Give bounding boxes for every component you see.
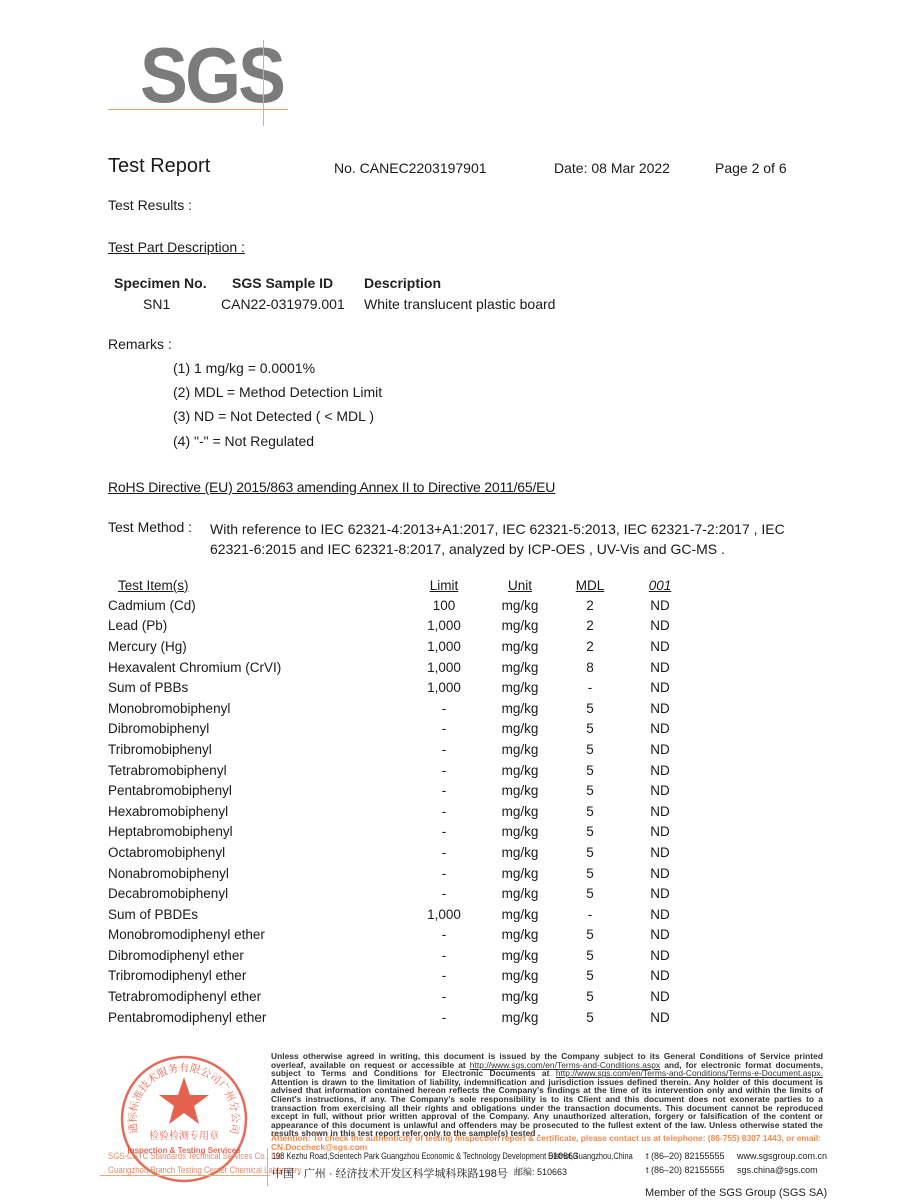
cell-limit: - <box>408 739 480 760</box>
cell-mdl: 5 <box>560 925 620 946</box>
table-row: Sum of PBBs1,000mg/kg-ND <box>108 677 700 698</box>
cell-unit: mg/kg <box>480 966 560 987</box>
cell-mdl: 5 <box>560 986 620 1007</box>
cell-test-item: Hexavalent Chromium (CrVI) <box>108 657 408 678</box>
member-statement: Member of the SGS Group (SGS SA) <box>645 1187 827 1199</box>
cell-result: ND <box>620 760 700 781</box>
cell-limit: - <box>408 822 480 843</box>
cell-result: ND <box>620 966 700 987</box>
cell-unit: mg/kg <box>480 883 560 904</box>
table-row: Tribromobiphenyl-mg/kg5ND <box>108 739 700 760</box>
cell-test-item: Nonabromobiphenyl <box>108 863 408 884</box>
cell-limit: 1,000 <box>408 657 480 678</box>
cell-unit: mg/kg <box>480 657 560 678</box>
cell-result: ND <box>620 822 700 843</box>
cell-mdl: 8 <box>560 657 620 678</box>
test-part-description-heading: Test Part Description : <box>108 239 245 255</box>
cell-unit: mg/kg <box>480 636 560 657</box>
cell-unit: mg/kg <box>480 904 560 925</box>
cell-unit: mg/kg <box>480 698 560 719</box>
cell-mdl: 5 <box>560 801 620 822</box>
cell-result: ND <box>620 739 700 760</box>
cell-limit: - <box>408 760 480 781</box>
directive-title: RoHS Directive (EU) 2015/863 amending An… <box>108 479 555 495</box>
table-row: Dibromodiphenyl ether-mg/kg5ND <box>108 945 700 966</box>
cell-test-item: Mercury (Hg) <box>108 636 408 657</box>
cell-unit: mg/kg <box>480 616 560 637</box>
table-row: Hexabromobiphenyl-mg/kg5ND <box>108 801 700 822</box>
cell-mdl: 5 <box>560 698 620 719</box>
header-result-001: 001 <box>620 575 700 595</box>
cell-mdl: 5 <box>560 719 620 740</box>
cell-limit: - <box>408 925 480 946</box>
cell-limit: 1,000 <box>408 616 480 637</box>
cell-test-item: Lead (Pb) <box>108 616 408 637</box>
table-row: Sum of PBDEs1,000mg/kg-ND <box>108 904 700 925</box>
cell-result: ND <box>620 698 700 719</box>
cell-limit: - <box>408 698 480 719</box>
report-title: Test Report <box>108 155 210 178</box>
table-row: Nonabromobiphenyl-mg/kg5ND <box>108 863 700 884</box>
footer-rule-vertical <box>267 1148 268 1186</box>
cell-unit: mg/kg <box>480 822 560 843</box>
cell-result: ND <box>620 904 700 925</box>
cell-test-item: Cadmium (Cd) <box>108 595 408 616</box>
cell-test-item: Pentabromodiphenyl ether <box>108 1007 408 1028</box>
cell-unit: mg/kg <box>480 986 560 1007</box>
cell-test-item: Tribromodiphenyl ether <box>108 966 408 987</box>
cell-test-item: Tetrabromodiphenyl ether <box>108 986 408 1007</box>
cell-result: ND <box>620 719 700 740</box>
table-row: Tribromodiphenyl ether-mg/kg5ND <box>108 966 700 987</box>
cell-test-item: Tribromobiphenyl <box>108 739 408 760</box>
cell-result: ND <box>620 801 700 822</box>
header-limit: Limit <box>408 575 480 595</box>
cell-result: ND <box>620 1007 700 1028</box>
cell-result: ND <box>620 925 700 946</box>
cell-limit: - <box>408 883 480 904</box>
cell-result: ND <box>620 657 700 678</box>
cell-test-item: Decabromobiphenyl <box>108 883 408 904</box>
table-row: Hexavalent Chromium (CrVI)1,000mg/kg8ND <box>108 657 700 678</box>
cell-result: ND <box>620 863 700 884</box>
sample-id: CAN22-031979.001 <box>221 296 345 312</box>
address-en: 198 Kezhu Road,Scientech Park Guangzhou … <box>272 1151 633 1162</box>
sample-description: White translucent plastic board <box>364 296 555 312</box>
email-link[interactable]: sgs.china@sgs.com <box>737 1165 818 1175</box>
table-row: Decabromobiphenyl-mg/kg5ND <box>108 883 700 904</box>
cell-result: ND <box>620 636 700 657</box>
cell-result: ND <box>620 780 700 801</box>
remark-item: (4) "-" = Not Regulated <box>173 433 314 449</box>
header-unit: Unit <box>480 575 560 595</box>
sgs-logo: SGS <box>140 36 283 114</box>
legal-disclaimer: Unless otherwise agreed in writing, this… <box>271 1052 823 1138</box>
cell-limit: - <box>408 801 480 822</box>
remark-item: (3) ND = Not Detected ( < MDL ) <box>173 408 374 424</box>
header-test-item: Test Item(s) <box>108 575 408 595</box>
cell-unit: mg/kg <box>480 739 560 760</box>
cell-limit: - <box>408 986 480 1007</box>
cell-limit: 1,000 <box>408 904 480 925</box>
report-number: No. CANEC2203197901 <box>334 160 487 176</box>
table-row: Octabromobiphenyl-mg/kg5ND <box>108 842 700 863</box>
telephone-1: t (86–20) 82155555 <box>646 1151 725 1161</box>
disclaimer-text: Attention is drawn to the limitation of … <box>271 1077 823 1139</box>
remarks-label: Remarks : <box>108 336 172 352</box>
logo-rule-horizontal <box>108 109 288 110</box>
postal-code-en: 510663 <box>548 1151 578 1161</box>
table-row: Lead (Pb)1,000mg/kg2ND <box>108 616 700 637</box>
table-row: Pentabromodiphenyl ether-mg/kg5ND <box>108 1007 700 1028</box>
telephone-2: t (86–20) 82155555 <box>646 1165 725 1175</box>
table-row: Monobromobiphenyl-mg/kg5ND <box>108 698 700 719</box>
cell-unit: mg/kg <box>480 780 560 801</box>
cell-mdl: 2 <box>560 636 620 657</box>
cell-mdl: 5 <box>560 822 620 843</box>
cell-unit: mg/kg <box>480 719 560 740</box>
footer-rule-horizontal <box>100 1175 270 1176</box>
cell-test-item: Monobromodiphenyl ether <box>108 925 408 946</box>
logo-rule-vertical <box>263 40 264 126</box>
table-row: Dibromobiphenyl-mg/kg5ND <box>108 719 700 740</box>
cell-mdl: 5 <box>560 842 620 863</box>
cell-limit: 1,000 <box>408 636 480 657</box>
table-row: Tetrabromobiphenyl-mg/kg5ND <box>108 760 700 781</box>
cell-mdl: 2 <box>560 616 620 637</box>
page-indicator: Page 2 of 6 <box>715 160 787 176</box>
cell-result: ND <box>620 677 700 698</box>
cell-mdl: 5 <box>560 966 620 987</box>
cell-unit: mg/kg <box>480 595 560 616</box>
col-description: Description <box>364 275 441 291</box>
cell-limit: - <box>408 1007 480 1028</box>
cell-test-item: Hexabromobiphenyl <box>108 801 408 822</box>
website-link[interactable]: www.sgsgroup.com.cn <box>737 1151 827 1161</box>
test-results-label: Test Results : <box>108 197 192 213</box>
cell-mdl: 2 <box>560 595 620 616</box>
cell-mdl: - <box>560 677 620 698</box>
cell-unit: mg/kg <box>480 945 560 966</box>
cell-result: ND <box>620 842 700 863</box>
cell-test-item: Tetrabromobiphenyl <box>108 760 408 781</box>
cell-result: ND <box>620 883 700 904</box>
cell-mdl: 5 <box>560 1007 620 1028</box>
cell-mdl: 5 <box>560 760 620 781</box>
cell-mdl: 5 <box>560 883 620 904</box>
table-header-row: Test Item(s) Limit Unit MDL 001 <box>108 575 700 595</box>
header-mdl: MDL <box>560 575 620 595</box>
cell-test-item: Octabromobiphenyl <box>108 842 408 863</box>
cell-limit: - <box>408 780 480 801</box>
address-cn: 中国 · 广州 · 经济技术开发区科学城科珠路198号 <box>272 1165 508 1181</box>
table-row: Tetrabromodiphenyl ether-mg/kg5ND <box>108 986 700 1007</box>
cell-unit: mg/kg <box>480 863 560 884</box>
table-row: Pentabromobiphenyl-mg/kg5ND <box>108 780 700 801</box>
cell-limit: - <box>408 945 480 966</box>
cell-limit: 100 <box>408 595 480 616</box>
report-date: Date: 08 Mar 2022 <box>554 160 670 176</box>
cell-result: ND <box>620 595 700 616</box>
cell-limit: - <box>408 719 480 740</box>
cell-limit: - <box>408 966 480 987</box>
cell-limit: - <box>408 863 480 884</box>
table-row: Monobromodiphenyl ether-mg/kg5ND <box>108 925 700 946</box>
cell-mdl: - <box>560 904 620 925</box>
cell-test-item: Dibromobiphenyl <box>108 719 408 740</box>
cell-unit: mg/kg <box>480 1007 560 1028</box>
remark-item: (2) MDL = Method Detection Limit <box>173 384 382 400</box>
cell-unit: mg/kg <box>480 801 560 822</box>
cell-unit: mg/kg <box>480 842 560 863</box>
results-table: Test Item(s) Limit Unit MDL 001 Cadmium … <box>108 575 700 1027</box>
cell-test-item: Sum of PBDEs <box>108 904 408 925</box>
cell-result: ND <box>620 616 700 637</box>
stamp-center-cn: 检验检测专用章 <box>149 1129 219 1142</box>
cell-limit: - <box>408 842 480 863</box>
table-row: Cadmium (Cd)100mg/kg2ND <box>108 595 700 616</box>
cell-result: ND <box>620 945 700 966</box>
specimen-no: SN1 <box>143 296 170 312</box>
cell-limit: 1,000 <box>408 677 480 698</box>
cell-test-item: Dibromodiphenyl ether <box>108 945 408 966</box>
authenticity-attention: Attention: To check the authenticity of … <box>271 1134 831 1152</box>
cell-unit: mg/kg <box>480 925 560 946</box>
test-method-text: With reference to IEC 62321-4:2013+A1:20… <box>210 519 810 559</box>
col-specimen-no: Specimen No. <box>114 275 207 291</box>
cell-test-item: Sum of PBBs <box>108 677 408 698</box>
cell-unit: mg/kg <box>480 677 560 698</box>
cell-test-item: Pentabromobiphenyl <box>108 780 408 801</box>
remark-item: (1) 1 mg/kg = 0.0001% <box>173 360 315 376</box>
cell-mdl: 5 <box>560 863 620 884</box>
test-method-label: Test Method : <box>108 519 192 535</box>
col-sample-id: SGS Sample ID <box>232 275 333 291</box>
cell-result: ND <box>620 986 700 1007</box>
table-row: Mercury (Hg)1,000mg/kg2ND <box>108 636 700 657</box>
table-row: Heptabromobiphenyl-mg/kg5ND <box>108 822 700 843</box>
cell-mdl: 5 <box>560 945 620 966</box>
cell-mdl: 5 <box>560 739 620 760</box>
cell-unit: mg/kg <box>480 760 560 781</box>
cell-test-item: Heptabromobiphenyl <box>108 822 408 843</box>
postal-code-cn: 邮编: 510663 <box>514 1165 567 1178</box>
cell-test-item: Monobromobiphenyl <box>108 698 408 719</box>
cell-mdl: 5 <box>560 780 620 801</box>
